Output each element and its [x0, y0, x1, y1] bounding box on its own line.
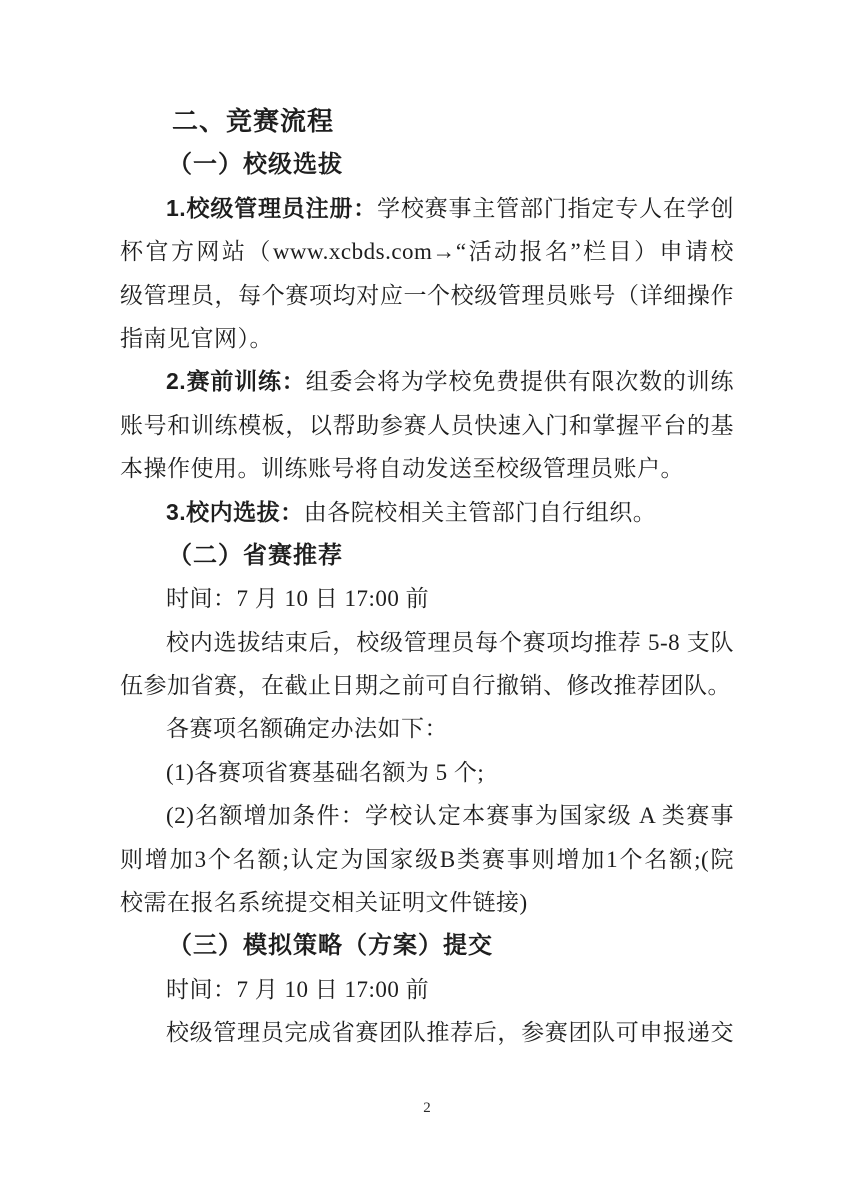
text-run: 由各院校相关主管部门自行组织。: [304, 500, 657, 525]
doc-line: 则增加3个名额;认定为国家级B类赛事则增加1个名额;(院: [120, 838, 734, 881]
doc-line: 校需在报名系统提交相关证明文件链接): [120, 881, 734, 924]
text-run: 伍参加省赛，在截止日期之前可自行撤销、修改推荐团队。: [120, 673, 731, 698]
text-run: 本操作使用。训练账号将自动发送至校级管理员账户。: [120, 456, 684, 481]
section-heading-level2: （二）省赛推荐: [120, 534, 734, 577]
section-heading-level2: （三）模拟策略（方案）提交: [120, 924, 734, 967]
doc-line: 伍参加省赛，在截止日期之前可自行撤销、修改推荐团队。: [120, 664, 734, 707]
bold-text-run: （三）模拟策略（方案）提交: [168, 932, 493, 959]
doc-line: 3.校内选拔：由各院校相关主管部门自行组织。: [120, 491, 734, 534]
doc-line: 级管理员，每个赛项均对应一个校级管理员账号（详细操作: [120, 274, 734, 317]
bold-text-run: 1.校级管理员注册：: [166, 195, 377, 221]
text-run: 账号和训练模板，以帮助参赛人员快速入门和掌握平台的基: [120, 413, 734, 438]
doc-line: 时间：7 月 10 日 17:00 前: [120, 968, 734, 1011]
doc-line: 账号和训练模板，以帮助参赛人员快速入门和掌握平台的基: [120, 404, 734, 447]
doc-line: (2)名额增加条件：学校认定本赛事为国家级 A 类赛事: [120, 794, 734, 837]
doc-line: 本操作使用。训练账号将自动发送至校级管理员账户。: [120, 447, 734, 490]
section-heading-level2: （一）校级选拔: [120, 143, 734, 186]
document-page: 二、竞赛流程（一）校级选拔1.校级管理员注册：学校赛事主管部门指定专人在学创杯官…: [0, 0, 848, 1200]
doc-line: 2.赛前训练：组委会将为学校免费提供有限次数的训练: [120, 360, 734, 403]
doc-line: 杯官方网站（www.xcbds.com→“活动报名”栏目）申请校: [120, 230, 734, 273]
text-run: 校内选拔结束后，校级管理员每个赛项均推荐 5-8 支队: [166, 630, 734, 655]
text-run: 级管理员，每个赛项均对应一个校级管理员账号（详细操作: [120, 283, 734, 308]
doc-line: 校级管理员完成省赛团队推荐后，参赛团队可申报递交: [120, 1011, 734, 1054]
doc-line: 校内选拔结束后，校级管理员每个赛项均推荐 5-8 支队: [120, 621, 734, 664]
bold-text-run: （一）校级选拔: [168, 151, 343, 178]
text-run: 学校赛事主管部门指定专人在学创: [377, 196, 734, 221]
text-run: 则增加3个名额;认定为国家级B类赛事则增加1个名额;(院: [120, 847, 734, 872]
doc-line: (1)各赛项省赛基础名额为 5 个;: [120, 751, 734, 794]
text-run: 校级管理员完成省赛团队推荐后，参赛团队可申报递交: [166, 1020, 734, 1045]
doc-line: 各赛项名额确定办法如下：: [120, 707, 734, 750]
page-number: 2: [120, 1100, 734, 1117]
text-run: 组委会将为学校免费提供有限次数的训练: [306, 369, 734, 394]
text-run: (1)各赛项省赛基础名额为 5 个;: [166, 760, 484, 785]
text-run: 指南见官网）。: [120, 326, 273, 351]
section-heading-level1: 二、竞赛流程: [120, 100, 734, 143]
text-run: 各赛项名额确定办法如下：: [166, 716, 448, 741]
text-run: 校需在报名系统提交相关证明文件链接): [120, 890, 528, 915]
bold-text-run: 2.赛前训练：: [166, 368, 306, 394]
bold-text-run: 二、竞赛流程: [172, 106, 334, 136]
bold-text-run: （二）省赛推荐: [168, 542, 343, 569]
text-run: 杯官方网站（www.xcbds.com→“活动报名”栏目）申请校: [120, 239, 734, 264]
text-run: 时间：7 月 10 日 17:00 前: [166, 586, 429, 611]
doc-line: 1.校级管理员注册：学校赛事主管部门指定专人在学创: [120, 187, 734, 230]
text-run: (2)名额增加条件：学校认定本赛事为国家级 A 类赛事: [166, 803, 734, 828]
doc-line: 时间：7 月 10 日 17:00 前: [120, 577, 734, 620]
text-run: 时间：7 月 10 日 17:00 前: [166, 977, 429, 1002]
doc-line: 指南见官网）。: [120, 317, 734, 360]
document-body: 二、竞赛流程（一）校级选拔1.校级管理员注册：学校赛事主管部门指定专人在学创杯官…: [120, 100, 734, 1055]
bold-text-run: 3.校内选拔：: [166, 499, 304, 525]
